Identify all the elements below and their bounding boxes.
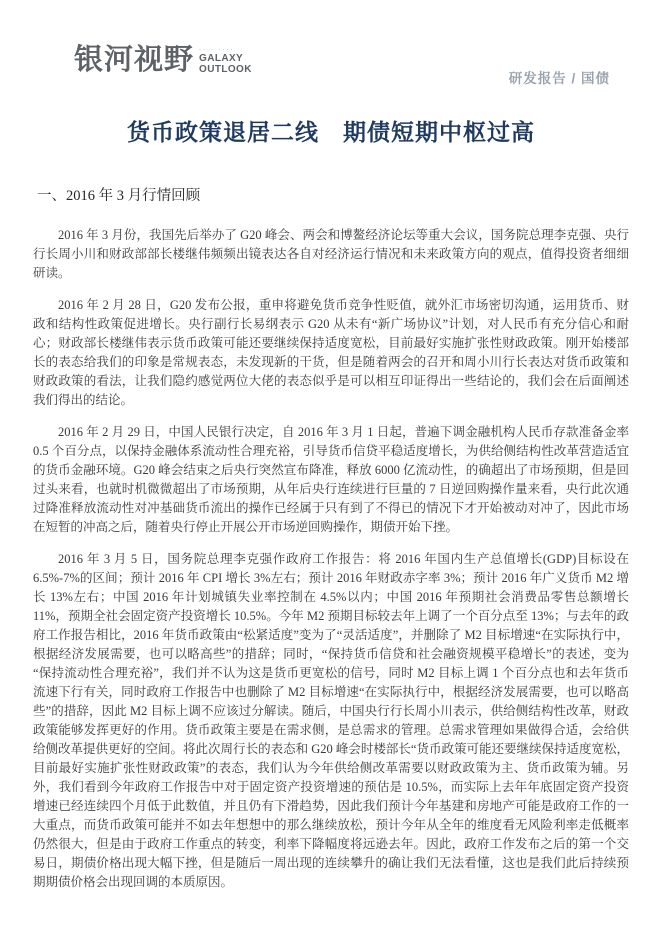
- report-header: 银河视野 ···· ···· GALAXY OUTLOOK 研发报告 / 国债: [0, 0, 662, 87]
- paragraph-list: 2016 年 3 月份，我国先后举办了 G20 峰会、两会和博鳌经济论坛等重大会…: [33, 226, 629, 892]
- body-paragraph-3: 2016 年 2 月 29 日，中国人民银行决定，自 2016 年 3 月 1 …: [33, 423, 629, 537]
- report-category-label: 研发报告 / 国债: [509, 67, 610, 87]
- logo-chinese-text: 银河视野: [74, 45, 194, 75]
- body-paragraph-2: 2016 年 2 月 28 日，G20 发布公报，重申将避免货币竞争性贬值，就外…: [33, 296, 629, 410]
- galaxy-outlook-logo: 银河视野 ···· ···· GALAXY OUTLOOK: [74, 45, 252, 75]
- report-body: 一、2016 年 3 月行情回顾 2016 年 3 月份，我国先后举办了 G20…: [0, 184, 662, 892]
- logo-english-block: ···· ···· GALAXY OUTLOOK: [199, 48, 252, 75]
- logo-english-galaxy: GALAXY: [199, 53, 252, 64]
- logo-english-outlook: OUTLOOK: [199, 64, 252, 75]
- report-page: 银河视野 ···· ···· GALAXY OUTLOOK 研发报告 / 国债 …: [0, 0, 662, 936]
- body-paragraph-1: 2016 年 3 月份，我国先后举办了 G20 峰会、两会和博鳌经济论坛等重大会…: [33, 226, 629, 283]
- body-paragraph-4: 2016 年 3 月 5 日，国务院总理李克强作政府工作报告：将 2016 年国…: [33, 550, 629, 892]
- report-title: 货币政策退居二线 期债短期中枢过高: [0, 114, 662, 147]
- section-heading-march-review: 一、2016 年 3 月行情回顾: [37, 184, 629, 205]
